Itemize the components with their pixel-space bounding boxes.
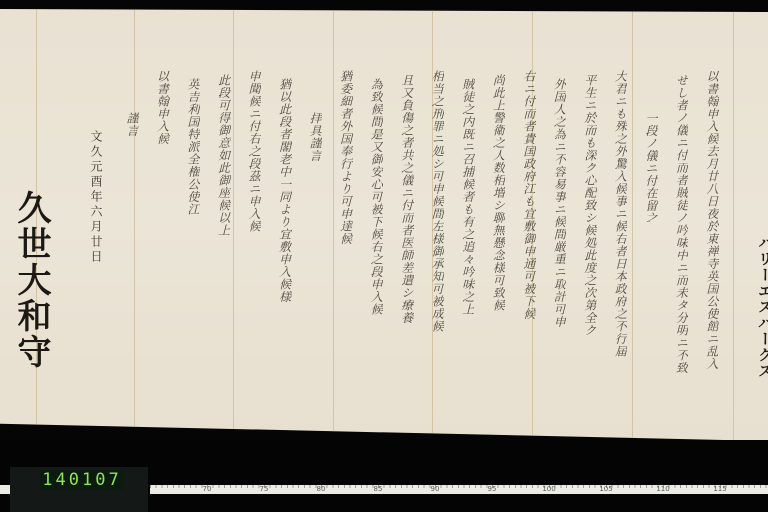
ruler-tick-label: 110 (656, 485, 669, 494)
paper-seam (632, 9, 633, 441)
text-column: せし者ノ儀ニ付而者賊徒ノ吟味中ニ而未タ分明ニ不致 (674, 74, 688, 414)
text-column: 相当之刑罪ニ処シ可申候間左様御承知可被成候 (430, 70, 444, 410)
paper-seam (134, 9, 135, 441)
ruler-tick-label: 100 (542, 485, 555, 494)
paper-seam (233, 9, 234, 441)
text-column: 拝具謹言 (308, 112, 322, 172)
ruler-tick-label: 85 (374, 485, 383, 494)
document-scroll (0, 9, 768, 441)
text-column: 以書翰申入候 (156, 70, 170, 410)
ruler-tick-label: 70 (203, 485, 212, 494)
ruler-tick-label: 90 (431, 485, 440, 494)
text-column: 右ニ付而者貴国政府江も宜敷御申通可被下候 (522, 70, 536, 410)
ruler-tick-label: 105 (599, 485, 612, 494)
text-column: 謹言 (125, 112, 139, 172)
ruler-left-segment (0, 485, 10, 494)
text-column: 一段ノ儀ニ付在留之公使館護衛之義厳重ニ申付置候 (644, 112, 658, 222)
signature: 久世大和守 (12, 190, 50, 370)
text-column: 英吉利国特派全権公使江 (186, 78, 200, 418)
addressee-partial-column: ハリーエスパークス (755, 235, 768, 379)
text-column: 平生ニ於而も深ク心配致シ候処此度之次第全ク (583, 74, 597, 414)
frame-counter: 140107 (40, 470, 124, 490)
ruler-tick-label: 75 (260, 485, 269, 494)
paper-seam (733, 9, 734, 441)
text-column: 猶以此段者閣老中一同より宜敷申入候様 (278, 78, 292, 418)
text-column: 尚此上警衛之人数相増シ聊無懸念様可致候 (491, 74, 505, 414)
text-column: 大君ニも殊之外驚入候事ニ候右者日本政府之不行届 (613, 70, 627, 410)
measuring-ruler (150, 485, 768, 494)
text-column: 以書翰申入候去月廿八日夜於東禅寺英国公使館ニ乱入 (705, 70, 719, 410)
text-column: 外国人之為ニ不容易事ニ候間厳重ニ取計可申 (552, 78, 566, 418)
ruler-tick-label: 95 (488, 485, 497, 494)
text-column: 申聞候ニ付右之段茲ニ申入候 (247, 70, 261, 410)
text-column: 賊徒之内既ニ召捕候者も有之追々吟味之上 (461, 78, 475, 418)
document-date: 文久元酉年六月廿日 (88, 130, 105, 265)
paper-seam (333, 9, 334, 441)
text-column: 且又負傷之者共之儀ニ付而者医師差遣シ療養 (400, 74, 414, 414)
ruler-tick-label: 115 (713, 485, 726, 494)
ruler-tick-label: 80 (317, 485, 326, 494)
text-column: 為致候間是又御安心可被下候右之段申入候 (369, 78, 383, 418)
text-column: 猶委細者外国奉行より可申達候 (339, 70, 353, 410)
text-column: 此段可得御意如此御座候以上 (217, 74, 231, 414)
